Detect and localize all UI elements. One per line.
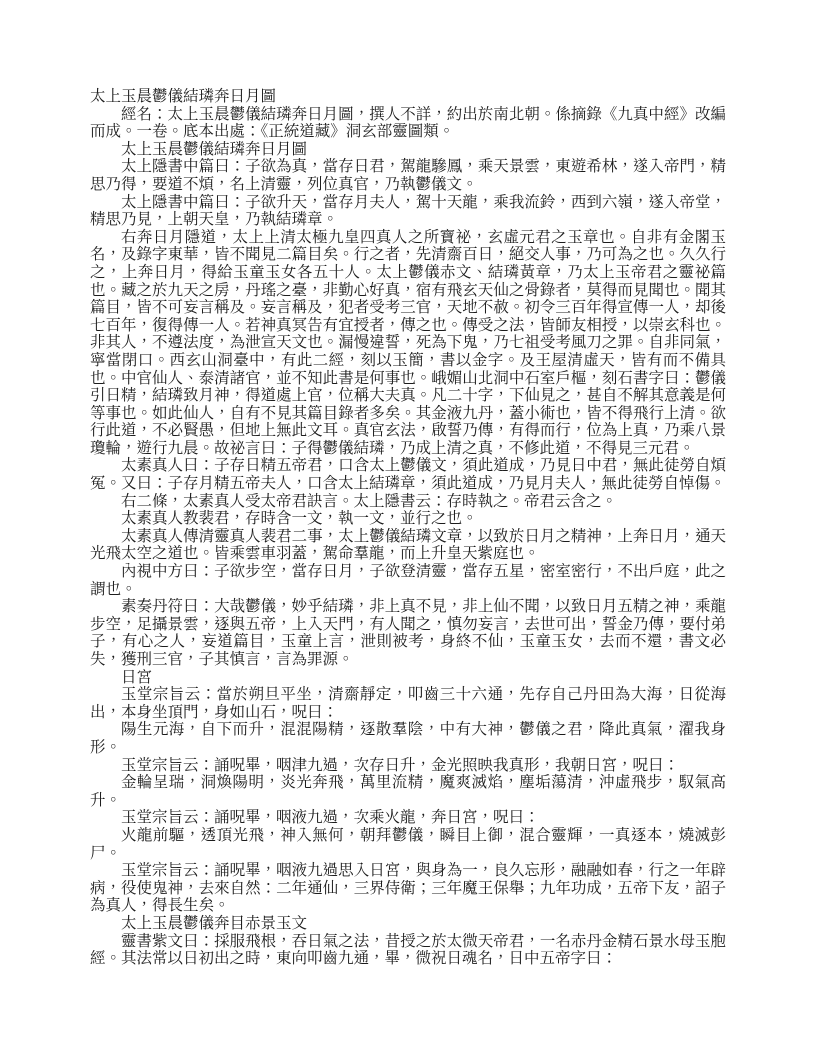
document-title: 太上玉晨鬱儀結璘奔日月圖 — [90, 88, 726, 106]
document-page: 太上玉晨鬱儀結璘奔日月圖經名：太上玉晨鬱儀結璘奔日月圖，撰人不詳，約出於南北朝。… — [0, 0, 816, 1056]
paragraph: 經名：太上玉晨鬱儀結璘奔日月圖，撰人不詳，約出於南北朝。係摘錄《九真中經》改編而… — [90, 106, 726, 141]
paragraph: 玉堂宗旨云：誦呪畢，咽液九過，次乘火龍，奔日宮，呪曰： — [90, 809, 726, 827]
paragraph: 太上玉晨鬱儀結璘奔日月圖 — [90, 141, 726, 159]
paragraph: 玉堂宗旨云：當於朔旦平坐，清齋靜定，叩齒三十六通，先存自己丹田為大海，日從海出，… — [90, 686, 726, 721]
paragraph: 太上玉晨鬱儀奔目赤景玉文 — [90, 915, 726, 933]
paragraph: 日宮 — [90, 669, 726, 687]
paragraph: 太上隱書中篇曰：子欲為真，當存日君，駕龍驂鳳，乘天景雲，東遊希林，遂入帝門，精思… — [90, 158, 726, 193]
paragraph: 內視中方曰：子欲步空，當存日月，子欲登清靈，當存五星，密室密行，不出戶庭，此之謂… — [90, 563, 726, 598]
paragraph: 玉堂宗旨云：誦呪畢，咽津九過，次存日升，金光照映我真形，我朝日宮，呪曰： — [90, 757, 726, 775]
paragraph: 素奏丹符曰：大哉鬱儀，妙乎結璘，非上真不見，非上仙不聞，以致日月五精之神，乘龍步… — [90, 598, 726, 668]
document-text: 太上玉晨鬱儀結璘奔日月圖經名：太上玉晨鬱儀結璘奔日月圖，撰人不詳，約出於南北朝。… — [90, 88, 726, 968]
paragraph: 陽生元海，自下而升，混混陽精，逐散羣陰，中有大神，鬱儀之君，降此真氣，濯我身形。 — [90, 721, 726, 756]
paragraph: 太素真人教裴君，存時含一文，執一文，並行之也。 — [90, 510, 726, 528]
paragraph: 太素真人傳清靈真人裴君二事，太上鬱儀結璘文章，以致於日月之精神，上奔日月，通天光… — [90, 528, 726, 563]
paragraph: 火龍前驅，透頂光飛，神入無何，朝拜鬱儀，瞬目上御，混合靈輝，一真逐本，燒滅彭尸。 — [90, 827, 726, 862]
paragraph: 金輪呈瑞，洞煥陽明，炎光奔飛，萬里流精，魔爽滅焰，塵垢蕩清，沖虛飛步，馭氣高升。 — [90, 774, 726, 809]
paragraph: 靈書紫文曰：採服飛根，吞日氣之法，昔授之於太微天帝君，一名赤丹金精石景水母玉胞經… — [90, 933, 726, 968]
paragraph: 右奔日月隱道，太上上清太極九皇四真人之所寶祕，玄虛元君之玉章也。自非有金閣玉名，… — [90, 229, 726, 458]
paragraph: 太上隱書中篇曰：子欲升天，當存月夫人，駕十天龍，乘我流鈴，西到六嶺，遂入帝堂，精… — [90, 194, 726, 229]
paragraph: 右二條，太素真人受太帝君訣言。太上隱書云：存時執之。帝君云含之。 — [90, 493, 726, 511]
paragraph: 玉堂宗旨云：誦呪畢，咽液九過思入日宮，與身為一，良久忘形，融融如春，行之一年辟病… — [90, 862, 726, 915]
paragraph: 太素真人曰：子存日精五帝君，口含太上鬱儀文，須此道成，乃見日中君，無此徒勞自煩冤… — [90, 457, 726, 492]
